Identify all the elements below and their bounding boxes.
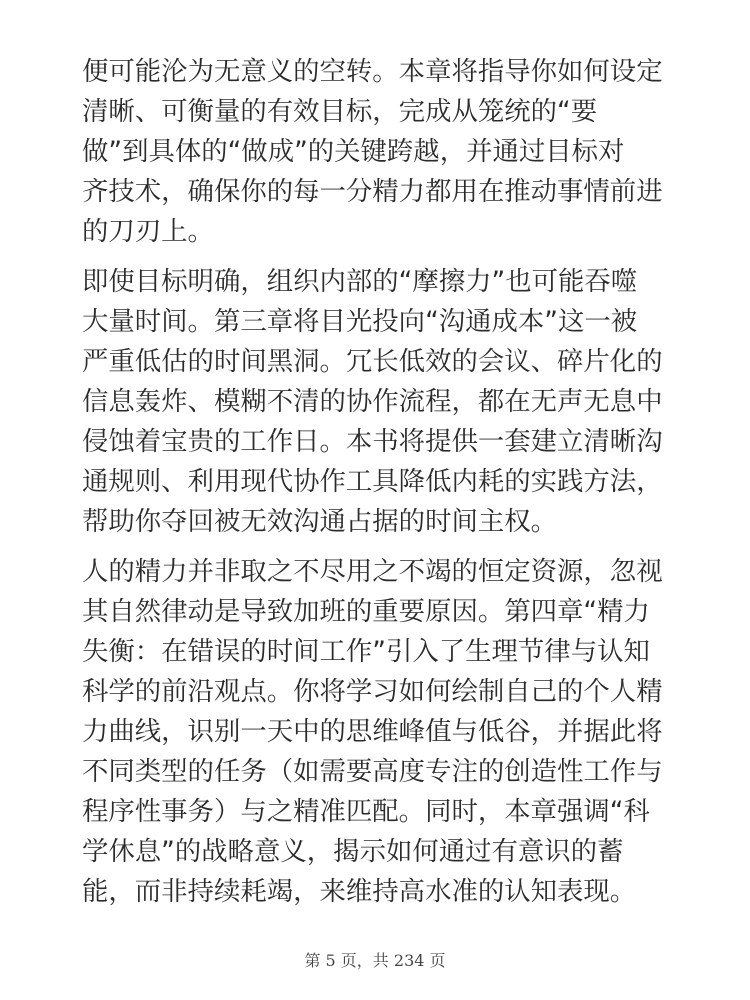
text-line: 其自然律动是导致加班的重要原因。第四章“精力: [82, 592, 682, 632]
text-line: 失衡：在错误的时间工作”引入了生理节律与认知: [82, 632, 682, 672]
text-line: 侵蚀着宝贵的工作日。本书将提供一套建立清晰沟: [82, 422, 682, 462]
text-line: 信息轰炸、模糊不清的协作流程，都在无声无息中: [82, 382, 682, 422]
page-body: 便可能沦为无意义的空转。本章将指导你如何设定 清晰、可衡量的有效目标，完成从笼统…: [82, 52, 682, 922]
text-line: 能，而非持续耗竭，来维持高水准的认知表现。: [82, 872, 682, 912]
text-line: 清晰、可衡量的有效目标，完成从笼统的“要: [82, 92, 682, 132]
paragraph-3: 人的精力并非取之不尽用之不竭的恒定资源，忽视 其自然律动是导致加班的重要原因。第…: [82, 552, 682, 912]
page-number-footer: 第 5 页，共 234 页: [0, 950, 750, 972]
text-line: 齐技术，确保你的每一分精力都用在推动事情前进: [82, 172, 682, 212]
document-page: 便可能沦为无意义的空转。本章将指导你如何设定 清晰、可衡量的有效目标，完成从笼统…: [0, 0, 750, 1000]
text-line: 人的精力并非取之不尽用之不竭的恒定资源，忽视: [82, 552, 682, 592]
text-line: 大量时间。第三章将目光投向“沟通成本”这一被: [82, 302, 682, 342]
text-line: 便可能沦为无意义的空转。本章将指导你如何设定: [82, 52, 682, 92]
text-line: 学休息”的战略意义，揭示如何通过有意识的蓄: [82, 832, 682, 872]
text-line: 的刀刃上。: [82, 212, 682, 252]
text-line: 程序性事务）与之精准匹配。同时，本章强调“科: [82, 792, 682, 832]
text-line: 帮助你夺回被无效沟通占据的时间主权。: [82, 502, 682, 542]
text-line: 不同类型的任务（如需要高度专注的创造性工作与: [82, 752, 682, 792]
text-line: 做”到具体的“做成”的关键跨越，并通过目标对: [82, 132, 682, 172]
paragraph-2: 即使目标明确，组织内部的“摩擦力”也可能吞噬 大量时间。第三章将目光投向“沟通成…: [82, 262, 682, 542]
paragraph-1: 便可能沦为无意义的空转。本章将指导你如何设定 清晰、可衡量的有效目标，完成从笼统…: [82, 52, 682, 252]
text-line: 力曲线，识别一天中的思维峰值与低谷，并据此将: [82, 712, 682, 752]
text-line: 科学的前沿观点。你将学习如何绘制自己的个人精: [82, 672, 682, 712]
text-line: 严重低估的时间黑洞。冗长低效的会议、碎片化的: [82, 342, 682, 382]
text-line: 即使目标明确，组织内部的“摩擦力”也可能吞噬: [82, 262, 682, 302]
text-line: 通规则、利用现代协作工具降低内耗的实践方法，: [82, 462, 682, 502]
